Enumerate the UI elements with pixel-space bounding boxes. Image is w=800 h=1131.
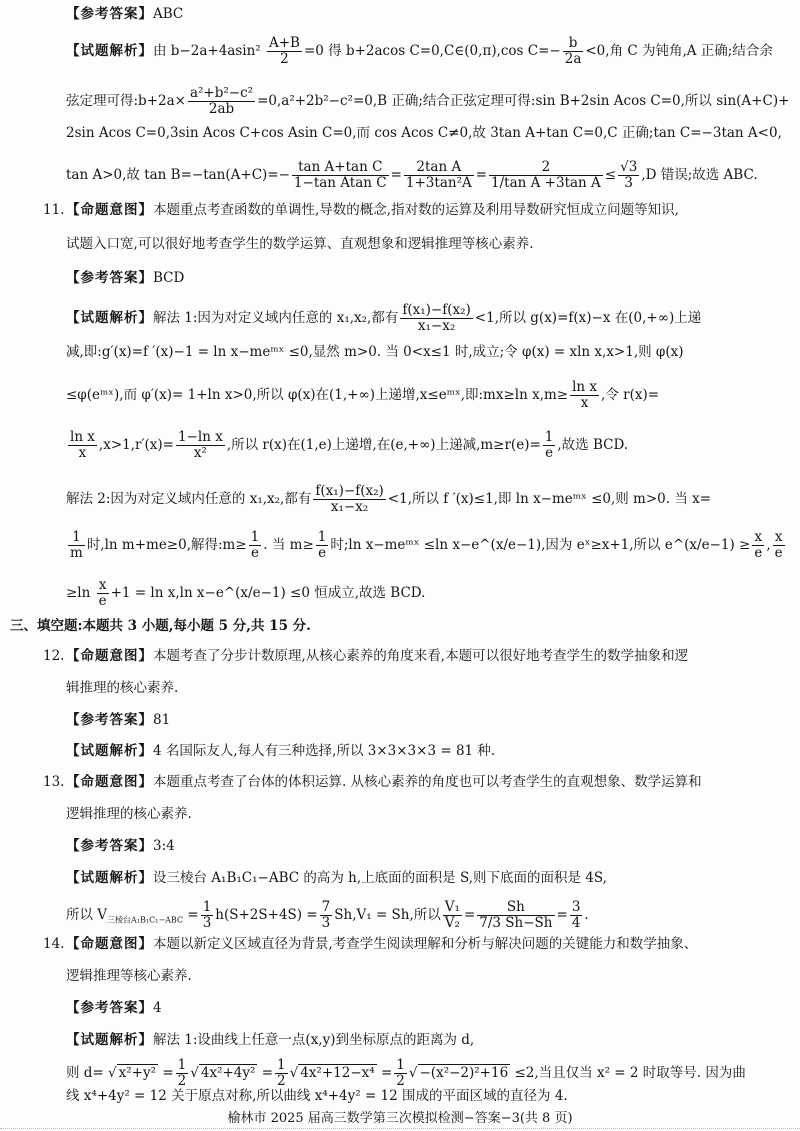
q14-analysis-line-2: 则 d= √x²+y² =12√4x²+4y² =12√4x²+12−x⁴ =1…	[66, 1058, 746, 1089]
q10-analysis-line-3: 2sin Acos C=0,3sin Acos C+cos Asin C=0,而…	[66, 123, 782, 143]
fraction: xe	[97, 578, 109, 609]
fraction: V₁V₂	[443, 900, 462, 931]
fraction: 12	[394, 1058, 407, 1089]
q13-analysis-line-1: 【试题解析】设三棱台 A₁B₁C₁−ABC 的高为 h,上底面的面积是 S,则下…	[66, 868, 607, 888]
fraction: 1m	[68, 530, 85, 561]
q10-answer: 【参考答案】ABC	[66, 4, 183, 24]
footer-divider	[0, 1128, 800, 1129]
fraction: 2tan A1+3tan²A	[404, 160, 474, 191]
fraction: b2a	[563, 36, 584, 67]
q14-intent-line-1: 【命题意图】本题以新定义区域直径为背景,考查学生阅读理解和分析与解决问题的关键能…	[66, 934, 697, 954]
q11-s2-line-1: 解法 2:因为对定义域内任意的 x₁,x₂,都有f(x₁)−f(x₂)x₁−x₂…	[66, 484, 711, 515]
q12-number: 12.	[43, 646, 64, 666]
fraction: xe	[752, 530, 764, 561]
q14-answer: 【参考答案】4	[66, 998, 162, 1018]
q10-analysis-line-2: 弦定理可得:b+2a×a²+b²−c²2ab=0,a²+2b²−c²=0,B 正…	[66, 86, 789, 117]
q13-answer: 【参考答案】3:4	[66, 836, 175, 856]
fraction: tan A+tan C1−tan Atan C	[292, 160, 389, 191]
q14-number: 14.	[43, 934, 64, 954]
fraction: xe	[773, 530, 785, 561]
fraction: A+B2	[267, 36, 302, 67]
fraction: 73	[320, 900, 333, 931]
q11-s2-line-2: 1m时,ln m+me≥0,解得:m≥1e. 当 m≥1e时;ln x−meᵐˣ…	[66, 530, 787, 561]
fraction: ln xx	[68, 430, 97, 461]
fraction: 13	[201, 900, 214, 931]
q11-s2-line-3: ≥ln xe+1 = ln x,ln x−e^(x/e−1) ≤0 恒成立,故选…	[66, 578, 425, 609]
q11-intent-line-2: 试题入口宽,可以很好地考查学生的数学运算、直观想象和逻辑推理等核心素养.	[66, 234, 534, 254]
q12-intent-line-1: 【命题意图】本题考查了分步计数原理,从核心素养的角度来看,本题可以很好地考查学生…	[66, 646, 688, 666]
q13-analysis-line-2: 所以 V三棱台A₁B₁C₁−ABC =13h(S+2S+4S) =73Sh,V₁…	[66, 900, 589, 931]
q11-answer: 【参考答案】BCD	[66, 268, 184, 288]
q11-s1-line-3: ≤φ(eᵐˣ),而 φ′(x)= 1+ln x>0,所以 φ(x)在(1,+∞)…	[66, 380, 659, 411]
answer-key-page: 【参考答案】ABC 【试题解析】由 b−2a+4asin² A+B2=0 得 b…	[0, 0, 800, 1131]
fraction: 12	[275, 1058, 288, 1089]
q12-answer: 【参考答案】81	[66, 710, 170, 730]
q13-intent-line-2: 逻辑推理的核心素养.	[66, 804, 192, 824]
fraction: 21/tan A +3tan A	[489, 160, 603, 191]
fraction: 12	[176, 1058, 189, 1089]
page-footer: 榆林市 2025 届高三数学第三次模拟检测−答案−3(共 8 页)	[0, 1110, 800, 1128]
fraction: 1e	[316, 530, 329, 561]
fraction: 1−ln xx²	[176, 430, 225, 461]
q12-intent-line-2: 辑推理的核心素养.	[66, 678, 178, 698]
q14-analysis-line-1: 【试题解析】解法 1:设曲线上任意一点(x,y)到坐标原点的距离为 d,	[66, 1030, 474, 1050]
fraction: √33	[618, 160, 639, 191]
q11-number: 11.	[43, 200, 64, 220]
fraction: ln xx	[570, 380, 599, 411]
q14-intent-line-2: 逻辑推理等核心素养.	[66, 966, 192, 986]
q11-intent-line-1: 【命题意图】本题重点考查函数的单调性,导数的概念,指对数的运算及利用导数研究恒成…	[66, 200, 679, 220]
q10-analysis-line-1: 【试题解析】由 b−2a+4asin² A+B2=0 得 b+2acos C=0…	[66, 36, 773, 67]
fraction: 34	[570, 900, 583, 931]
q14-analysis-line-3: 线 x⁴+4y² = 12 关于原点对称,所以曲线 x⁴+4y² = 12 围成…	[66, 1086, 568, 1106]
q12-analysis: 【试题解析】4 名国际友人,每人有三种选择,所以 3×3×3×3 = 81 种.	[66, 741, 495, 761]
fraction: 1e	[543, 430, 556, 461]
q13-intent-line-1: 【命题意图】本题重点考查了台体的体积运算. 从核心素养的角度也可以考查学生的直观…	[66, 772, 702, 792]
q11-s1-line-2: 减,即:g′(x)=f ′(x)−1 = ln x−meᵐˣ ≤0,显然 m>0…	[66, 342, 684, 362]
q13-number: 13.	[43, 772, 64, 792]
fraction: Sh7/3 Sh−Sh	[477, 900, 554, 931]
fraction: f(x₁)−f(x₂)x₁−x₂	[400, 303, 472, 334]
fraction: f(x₁)−f(x₂)x₁−x₂	[313, 484, 385, 515]
q11-s1-line-4: ln xx,x>1,r′(x)=1−ln xx²,所以 r(x)在(1,e)上递…	[66, 430, 628, 461]
fraction: a²+b²−c²2ab	[188, 86, 255, 117]
q11-s1-line-1: 【试题解析】解法 1:因为对定义域内任意的 x₁,x₂,都有f(x₁)−f(x₂…	[66, 303, 701, 334]
fraction: 1e	[249, 530, 262, 561]
q10-analysis-line-4: tan A>0,故 tan B=−tan(A+C)=−tan A+tan C1−…	[66, 160, 758, 191]
section-heading: 三、填空题:本题共 3 小题,每小题 5 分,共 15 分.	[10, 616, 311, 636]
